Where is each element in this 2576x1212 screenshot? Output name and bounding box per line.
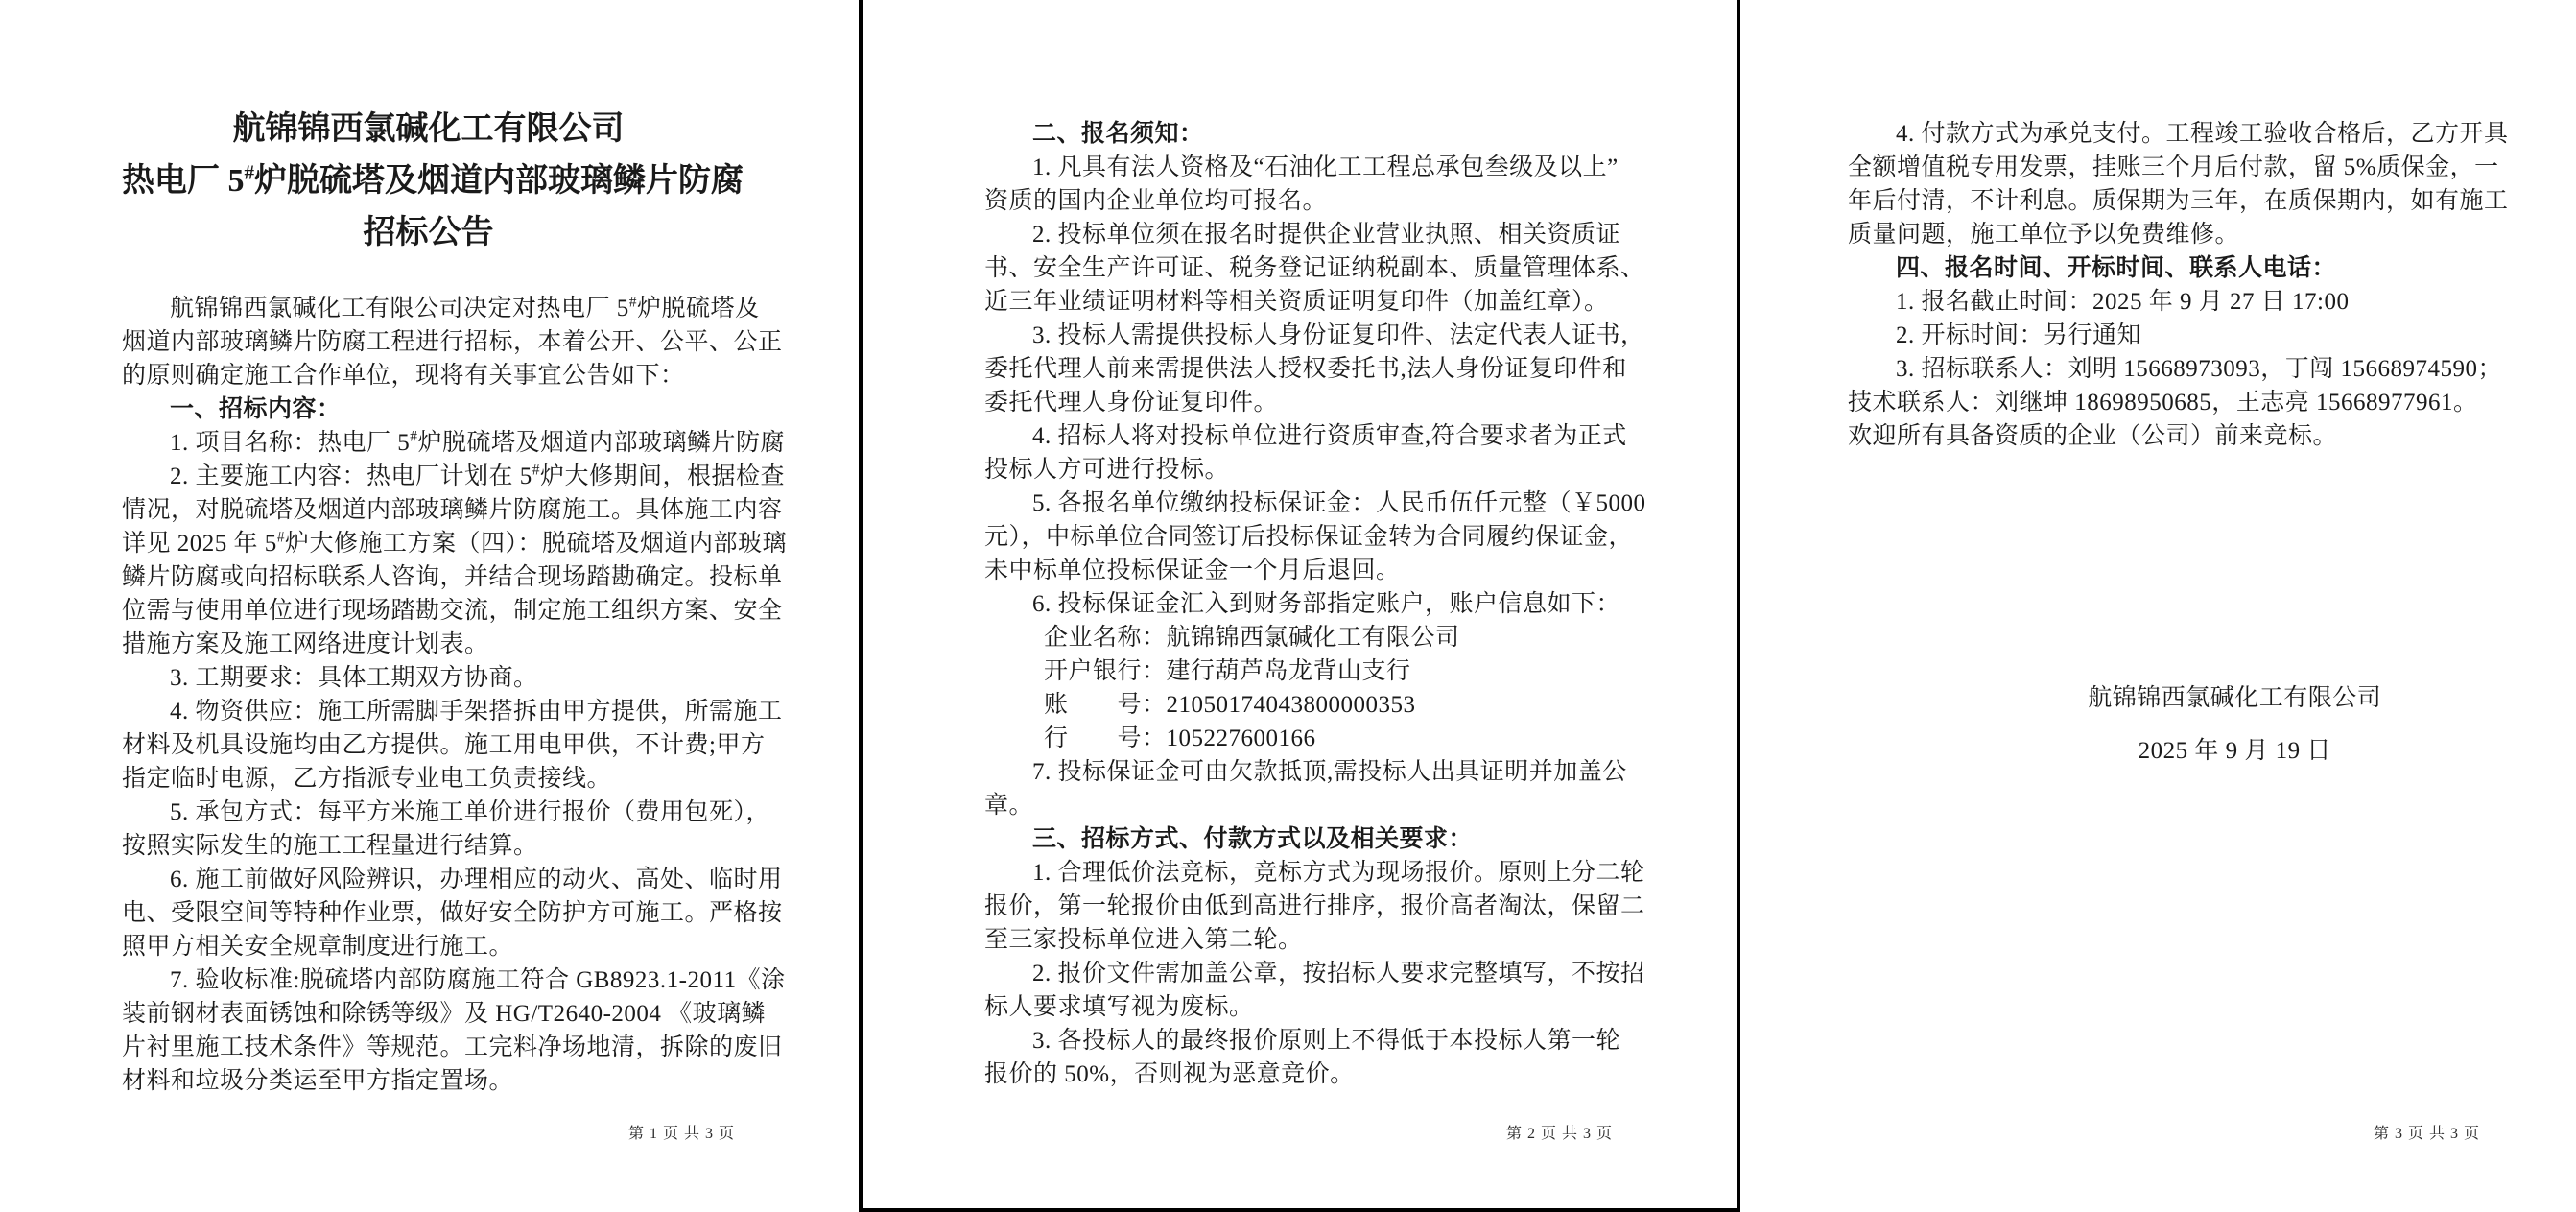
text-line: 2. 投标单位须在报名时提供企业营业执照、相关资质证 [984, 218, 1613, 251]
text-line: 技术联系人：刘继坤 18698950685，王志亮 15668977961。 [1848, 386, 2452, 419]
text-line: 详见 2025 年 5#炉大修施工方案（四）：脱硫塔及烟道内部玻璃 [122, 527, 735, 560]
text-line: 四、报名时间、开标时间、联系人电话： [1848, 251, 2452, 285]
text-line: 4. 物资供应：施工所需脚手架搭拆由甲方提供，所需施工 [122, 695, 735, 728]
page-2: 二、报名须知：1. 凡具有法人资格及“石油化工工程总承包叁级及以上”资质的国内企… [863, 0, 1737, 1212]
page-3-body: 4. 付款方式为承兑支付。工程竣工验收合格后，乙方开具全额增值税专用发票，挂账三… [1848, 117, 2452, 453]
text-line: 6. 施工前做好风险辨识，办理相应的动火、高处、临时用 [122, 863, 735, 896]
text-line: 3. 投标人需提供投标人身份证复印件、法定代表人证书， [984, 319, 1613, 352]
text-line: 质量问题，施工单位予以免费维修。 [1848, 218, 2452, 251]
document-title-line-2: 热电厂 5#炉脱硫塔及烟道内部玻璃鳞片防腐 [122, 155, 735, 207]
page-1: 航锦锦西氯碱化工有限公司 热电厂 5#炉脱硫塔及烟道内部玻璃鳞片防腐 招标公告 … [0, 0, 859, 1212]
text-line: 全额增值税专用发票，挂账三个月后付款，留 5%质保金，一 [1848, 151, 2452, 184]
document-title-line-1: 航锦锦西氯碱化工有限公司 [122, 104, 735, 155]
text-line: 1. 项目名称：热电厂 5#炉脱硫塔及烟道内部玻璃鳞片防腐 [122, 426, 735, 460]
text-line: 年后付清，不计利息。质保期为三年，在质保期内，如有施工 [1848, 184, 2452, 218]
text-line: 未中标单位投标保证金一个月后退回。 [984, 554, 1613, 587]
page-1-content: 航锦锦西氯碱化工有限公司 热电厂 5#炉脱硫塔及烟道内部玻璃鳞片防腐 招标公告 … [122, 104, 735, 1098]
page-1-body: 航锦锦西氯碱化工有限公司决定对热电厂 5#炉脱硫塔及烟道内部玻璃鳞片防腐工程进行… [122, 292, 735, 1098]
document-title-line-3: 招标公告 [122, 207, 735, 259]
text-line: 2. 主要施工内容：热电厂计划在 5#炉大修期间，根据检查 [122, 460, 735, 493]
text-line: 照甲方相关安全规章制度进行施工。 [122, 930, 735, 963]
text-line: 账 号：21050174043800000353 [984, 688, 1613, 722]
text-line: 章。 [984, 789, 1613, 822]
document-title: 航锦锦西氯碱化工有限公司 热电厂 5#炉脱硫塔及烟道内部玻璃鳞片防腐 招标公告 [122, 104, 735, 259]
text-line: 4. 招标人将对投标单位进行资质审查,符合要求者为正式 [984, 419, 1613, 453]
text-line: 鳞片防腐或向招标联系人咨询，并结合现场踏勘确定。投标单 [122, 560, 735, 594]
text-line: 二、报名须知： [984, 117, 1613, 151]
text-line: 欢迎所有具备资质的企业（公司）前来竞标。 [1848, 419, 2452, 453]
text-line: 报价，第一轮报价由低到高进行排序，报价高者淘汰，保留二 [984, 890, 1613, 923]
signature-company: 航锦锦西氯碱化工有限公司 [2029, 681, 2440, 715]
text-line: 指定临时电源，乙方指派专业电工负责接线。 [122, 762, 735, 796]
page-3: 4. 付款方式为承兑支付。工程竣工验收合格后，乙方开具全额增值税专用发票，挂账三… [1740, 0, 2576, 1212]
text-line: 3. 各投标人的最终报价原则上不得低于本投标人第一轮 [984, 1024, 1613, 1058]
text-line: 片衬里施工技术条件》等规范。工完料净场地清，拆除的废旧 [122, 1031, 735, 1064]
text-line: 2. 开标时间：另行通知 [1848, 319, 2452, 352]
text-line: 航锦锦西氯碱化工有限公司决定对热电厂 5#炉脱硫塔及 [122, 292, 735, 325]
text-line: 元），中标单位合同签订后投标保证金转为合同履约保证金， [984, 520, 1613, 554]
text-line: 材料及机具设施均由乙方提供。施工用电甲供，不计费;甲方 [122, 728, 735, 762]
page-2-body: 二、报名须知：1. 凡具有法人资格及“石油化工工程总承包叁级及以上”资质的国内企… [984, 117, 1613, 1091]
document-viewer: 航锦锦西氯碱化工有限公司 热电厂 5#炉脱硫塔及烟道内部玻璃鳞片防腐 招标公告 … [0, 0, 2576, 1212]
text-line: 1. 报名截止时间：2025 年 9 月 27 日 17:00 [1848, 285, 2452, 319]
text-line: 1. 合理低价法竞标，竞标方式为现场报价。原则上分二轮 [984, 856, 1613, 890]
page-number-footer: 第 3 页 共 3 页 [2374, 1121, 2480, 1143]
text-line: 三、招标方式、付款方式以及相关要求： [984, 822, 1613, 856]
page-2-content: 二、报名须知：1. 凡具有法人资格及“石油化工工程总承包叁级及以上”资质的国内企… [984, 117, 1613, 1091]
text-line: 情况，对脱硫塔及烟道内部玻璃鳞片防腐施工。具体施工内容 [122, 493, 735, 527]
page-3-content: 4. 付款方式为承兑支付。工程竣工验收合格后，乙方开具全额增值税专用发票，挂账三… [1848, 117, 2452, 768]
text-line: 1. 凡具有法人资格及“石油化工工程总承包叁级及以上” [984, 151, 1613, 184]
text-line: 烟道内部玻璃鳞片防腐工程进行招标，本着公开、公平、公正 [122, 325, 735, 359]
text-line: 2. 报价文件需加盖公章，按招标人要求完整填写，不按招 [984, 957, 1613, 990]
text-line: 4. 付款方式为承兑支付。工程竣工验收合格后，乙方开具 [1848, 117, 2452, 151]
text-line: 投标人方可进行投标。 [984, 453, 1613, 487]
text-line: 近三年业绩证明材料等相关资质证明复印件（加盖红章）。 [984, 285, 1613, 319]
text-line: 按照实际发生的施工工程量进行结算。 [122, 829, 735, 863]
text-line: 位需与使用单位进行现场踏勘交流，制定施工组织方案、安全 [122, 594, 735, 628]
text-line: 开户银行：建行葫芦岛龙背山支行 [984, 654, 1613, 688]
page-number-footer: 第 2 页 共 3 页 [1506, 1121, 1613, 1143]
text-line: 5. 承包方式：每平方米施工单价进行报价（费用包死）， [122, 796, 735, 829]
text-line: 委托代理人前来需提供法人授权委托书,法人身份证复印件和 [984, 352, 1613, 386]
text-line: 资质的国内企业单位均可报名。 [984, 184, 1613, 218]
text-line: 5. 各报名单位缴纳投标保证金：人民币伍仟元整（￥5000 [984, 487, 1613, 520]
text-line: 措施方案及施工网络进度计划表。 [122, 628, 735, 661]
text-line: 委托代理人身份证复印件。 [984, 386, 1613, 419]
text-line: 3. 招标联系人：刘明 15668973093，丁闯 15668974590； [1848, 352, 2452, 386]
text-line: 书、安全生产许可证、税务登记证纳税副本、质量管理体系、 [984, 251, 1613, 285]
page-number-footer: 第 1 页 共 3 页 [628, 1121, 735, 1143]
text-line: 的原则确定施工合作单位，现将有关事宜公告如下： [122, 359, 735, 392]
text-line: 一、招标内容： [122, 392, 735, 426]
signature-block: 航锦锦西氯碱化工有限公司 2025 年 9 月 19 日 [2029, 681, 2440, 768]
text-line: 电、受限空间等特种作业票，做好安全防护方可施工。严格按 [122, 896, 735, 930]
text-line: 报价的 50%，否则视为恶意竞价。 [984, 1058, 1613, 1091]
text-line: 材料和垃圾分类运至甲方指定置场。 [122, 1064, 735, 1098]
text-line: 标人要求填写视为废标。 [984, 990, 1613, 1024]
text-line: 装前钢材表面锈蚀和除锈等级》及 HG/T2640-2004 《玻璃鳞 [122, 997, 735, 1031]
text-line: 企业名称：航锦锦西氯碱化工有限公司 [984, 621, 1613, 654]
text-line: 6. 投标保证金汇入到财务部指定账户，账户信息如下： [984, 587, 1613, 621]
text-line: 行 号：105227600166 [984, 722, 1613, 755]
text-line: 至三家投标单位进入第二轮。 [984, 923, 1613, 957]
text-line: 7. 投标保证金可由欠款抵顶,需投标人出具证明并加盖公 [984, 755, 1613, 789]
text-line: 3. 工期要求：具体工期双方协商。 [122, 661, 735, 695]
signature-date: 2025 年 9 月 19 日 [2029, 734, 2440, 768]
text-line: 7. 验收标准:脱硫塔内部防腐施工符合 GB8923.1-2011《涂 [122, 963, 735, 997]
